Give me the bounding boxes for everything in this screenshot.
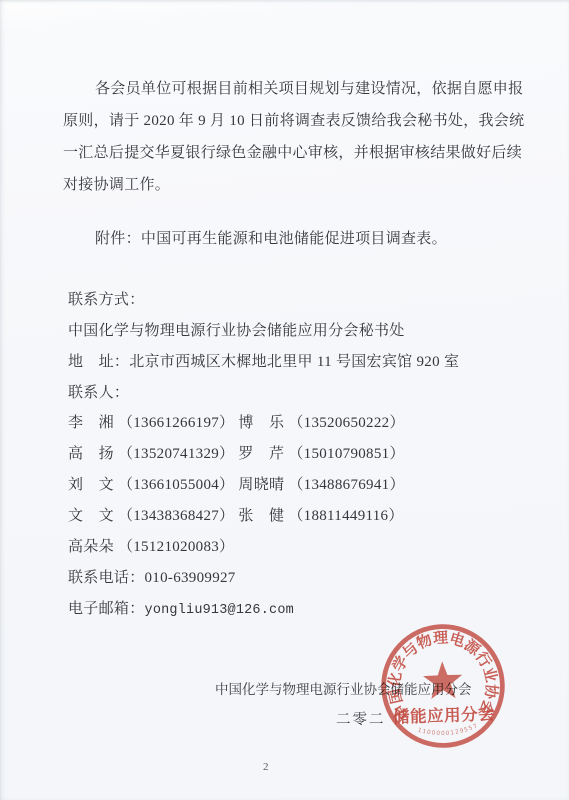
contact-row: 高朵朵 （15121020083） xyxy=(68,537,234,557)
contact-row: 高 扬 （13520741329） 罗 芹 （15010790851） xyxy=(68,444,405,464)
contacts-heading: 联系人： xyxy=(68,383,129,403)
paragraph-line-4: 对接协调工作。 xyxy=(63,175,170,195)
contact-heading: 联系方式： xyxy=(68,290,145,310)
official-seal: 中国化学与物理电源行业协会 储能应用分会 1100000129557 xyxy=(377,620,509,752)
phone-line: 联系电话：010-63909927 xyxy=(68,568,236,588)
contact-row: 文 文 （13438368427） 张 健 （18811449116） xyxy=(68,506,404,526)
contact-row: 刘 文 （13661055004） 周晓晴 （13488676941） xyxy=(68,475,405,495)
email-label: 电子邮箱： xyxy=(68,601,145,617)
email-line: 电子邮箱：yongliu913@126.com xyxy=(68,599,294,621)
signature-date: 二零二 xyxy=(336,708,386,729)
address-line: 地 址：北京市西城区木樨地北里甲 11 号国宏宾馆 920 室 xyxy=(68,352,459,372)
paragraph-line-2: 原则，请于 2020 年 9 月 10 日前将调查表反馈给我会秘书处，我会统 xyxy=(63,111,524,131)
page-number: 2 xyxy=(263,761,269,773)
contact-row: 李 湘 （13661266197） 博 乐 （13520650222） xyxy=(68,413,405,433)
attachment-line: 附件：中国可再生能源和电池储能促进项目调查表。 xyxy=(95,229,447,249)
secretariat-line: 中国化学与物理电源行业协会储能应用分会秘书处 xyxy=(68,321,405,341)
email-address: yongliu913@126.com xyxy=(145,603,294,618)
paragraph-line-3: 一汇总后提交华夏银行绿色金融中心审核，并根据审核结果做好后续 xyxy=(63,143,522,163)
seal-star-icon xyxy=(423,661,464,700)
scanned-document-page: 各会员单位可根据目前相关项目规划与建设情况，依据自愿申报 原则，请于 2020 … xyxy=(0,0,569,800)
paragraph-line-1: 各会员单位可根据目前相关项目规划与建设情况，依据自愿申报 xyxy=(95,79,523,99)
seal-center-text: 储能应用分会 xyxy=(393,703,496,727)
